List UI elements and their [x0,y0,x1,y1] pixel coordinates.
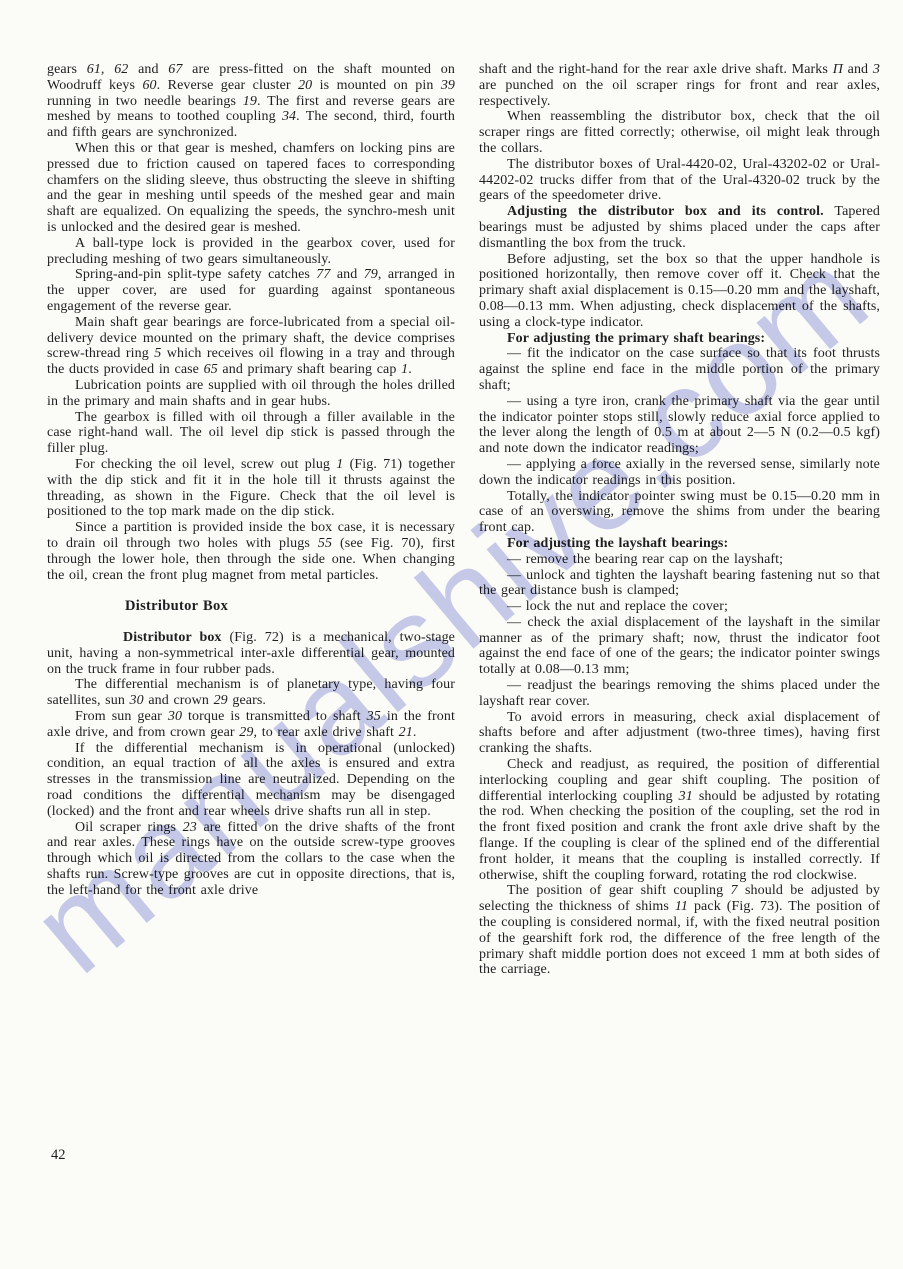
paragraph: If the differential mechanism is in oper… [47,741,455,820]
text-segment: 35 [367,709,381,724]
text-segment: Distributor box [123,630,222,645]
paragraph: — lock the nut and replace the cover; [479,599,880,615]
paragraph: To avoid errors in measuring, check axia… [479,710,880,757]
paragraph: From sun gear 30 torque is transmitted t… [47,709,455,741]
paragraph: Oil scraper rings 23 are fitted on the d… [47,820,455,899]
text-segment: 29 [239,725,253,740]
text-segment: Adjusting the distributor box and its co… [507,204,824,219]
section-heading: Distributor Box [47,599,455,615]
text-segment: 11 [675,899,688,914]
text-segment: 21 [399,725,413,740]
text-segment: 67 [168,62,182,77]
text-segment: 1 [401,362,408,377]
paragraph: When reassembling the distributor box, c… [479,109,880,156]
paragraph: Before adjusting, set the box so that th… [479,252,880,331]
paragraph: The position of gear shift coupling 7 sh… [479,883,880,978]
text-segment: 19 [243,94,257,109]
paragraph: The gearbox is filled with oil through a… [47,410,455,457]
paragraph: — unlock and tighten the layshaft bearin… [479,568,880,600]
text-segment: П [833,62,843,77]
text-segment: 5 [154,346,161,361]
paragraph: — readjust the bearings removing the shi… [479,678,880,710]
text-segment: 39 [441,78,455,93]
paragraph: — remove the bearing rear cap on the lay… [479,552,880,568]
text-segment: 23 [183,820,197,835]
paragraph: Check and readjust, as required, the pos… [479,757,880,883]
text-segment: 30 [130,693,144,708]
paragraph: Lubrication points are supplied with oil… [47,378,455,410]
text-segment: 79 [364,267,378,282]
text-segment: 77 [316,267,330,282]
paragraph: The differential mechanism is of planeta… [47,677,455,709]
paragraph: The distributor boxes of Ural-4420-02, U… [479,157,880,204]
text-segment: 34 [282,109,296,124]
paragraph: A ball-type lock is provided in the gear… [47,236,455,268]
paragraph: Totally, the indicator pointer swing mus… [479,489,880,536]
text-segment: 20 [298,78,312,93]
text-segment: 65 [204,362,218,377]
paragraph: For adjusting the primary shaft bearings… [479,331,880,347]
text-segment: 30 [168,709,182,724]
paragraph: shaft and the right-hand for the rear ax… [479,62,880,109]
text-segment: For adjusting the primary shaft bearings… [507,331,765,346]
paragraph: Main shaft gear bearings are force-lubri… [47,315,455,378]
paragraph: Since a partition is provided inside the… [47,520,455,583]
paragraph: gears 61, 62 and 67 are press-fitted on … [47,62,455,141]
paragraph: — check the axial displacement of the la… [479,615,880,678]
paragraph: When this or that gear is meshed, chamfe… [47,141,455,236]
paragraph: — fit the indicator on the case surface … [479,346,880,393]
paragraph: — using a tyre iron, crank the primary s… [479,394,880,457]
paragraph: Spring-and-pin split-type safety catches… [47,267,455,314]
paragraph: — applying a force axially in the revers… [479,457,880,489]
paragraph: For adjusting the layshaft bearings: [479,536,880,552]
right-text-column: shaft and the right-hand for the rear ax… [479,62,880,978]
text-segment: 1 [336,457,343,472]
paragraph: Adjusting the distributor box and its co… [479,204,880,251]
manual-page-sheet: manualshive.com gears 61, 62 and 67 are … [0,0,903,1269]
page-number: 42 [51,1147,66,1164]
scanned-manual-page: { "page": { "number": "42", "watermark":… [0,0,903,1269]
text-segment: For adjusting the layshaft bearings: [507,536,728,551]
text-segment: 31 [679,789,693,804]
paragraph: For checking the oil level, screw out pl… [47,457,455,520]
text-segment: 29 [214,693,228,708]
left-text-column: gears 61, 62 and 67 are press-fitted on … [47,62,455,978]
paragraph: Distributor box (Fig. 72) is a mechanica… [47,630,455,677]
text-segment: 60 [142,78,156,93]
text-segment: 3 [873,62,880,77]
text-segment: 61, 62 [87,62,129,77]
text-segment: 55 [318,536,332,551]
text-columns: gears 61, 62 and 67 are press-fitted on … [47,62,880,978]
text-segment: 7 [731,883,738,898]
